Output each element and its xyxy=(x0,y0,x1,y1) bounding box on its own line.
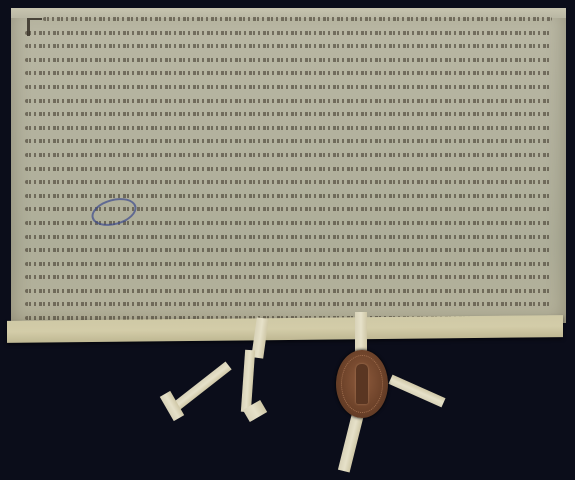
text-line xyxy=(25,80,552,94)
charter-parchment xyxy=(11,8,566,323)
charter-text-block xyxy=(25,12,552,338)
text-line xyxy=(25,162,552,176)
text-line xyxy=(25,66,552,80)
text-line xyxy=(25,134,552,148)
seal-tag-left-strip xyxy=(170,362,231,413)
seal-figure xyxy=(356,364,368,404)
text-line xyxy=(25,12,552,26)
text-line xyxy=(25,257,552,271)
seal-tag-side xyxy=(388,375,445,408)
text-line xyxy=(25,148,552,162)
text-line xyxy=(25,284,552,298)
text-line xyxy=(25,297,552,311)
text-line xyxy=(25,243,552,257)
text-line xyxy=(25,53,552,67)
text-line xyxy=(25,175,552,189)
text-line xyxy=(25,94,552,108)
text-line xyxy=(25,121,552,135)
text-line xyxy=(25,189,552,203)
text-line xyxy=(25,230,552,244)
text-line xyxy=(25,270,552,284)
plica-fold xyxy=(7,315,563,343)
text-line xyxy=(25,107,552,121)
text-line xyxy=(25,39,552,53)
wax-seal xyxy=(336,350,388,418)
text-line xyxy=(25,26,552,40)
seal-tag-lower xyxy=(338,411,364,472)
